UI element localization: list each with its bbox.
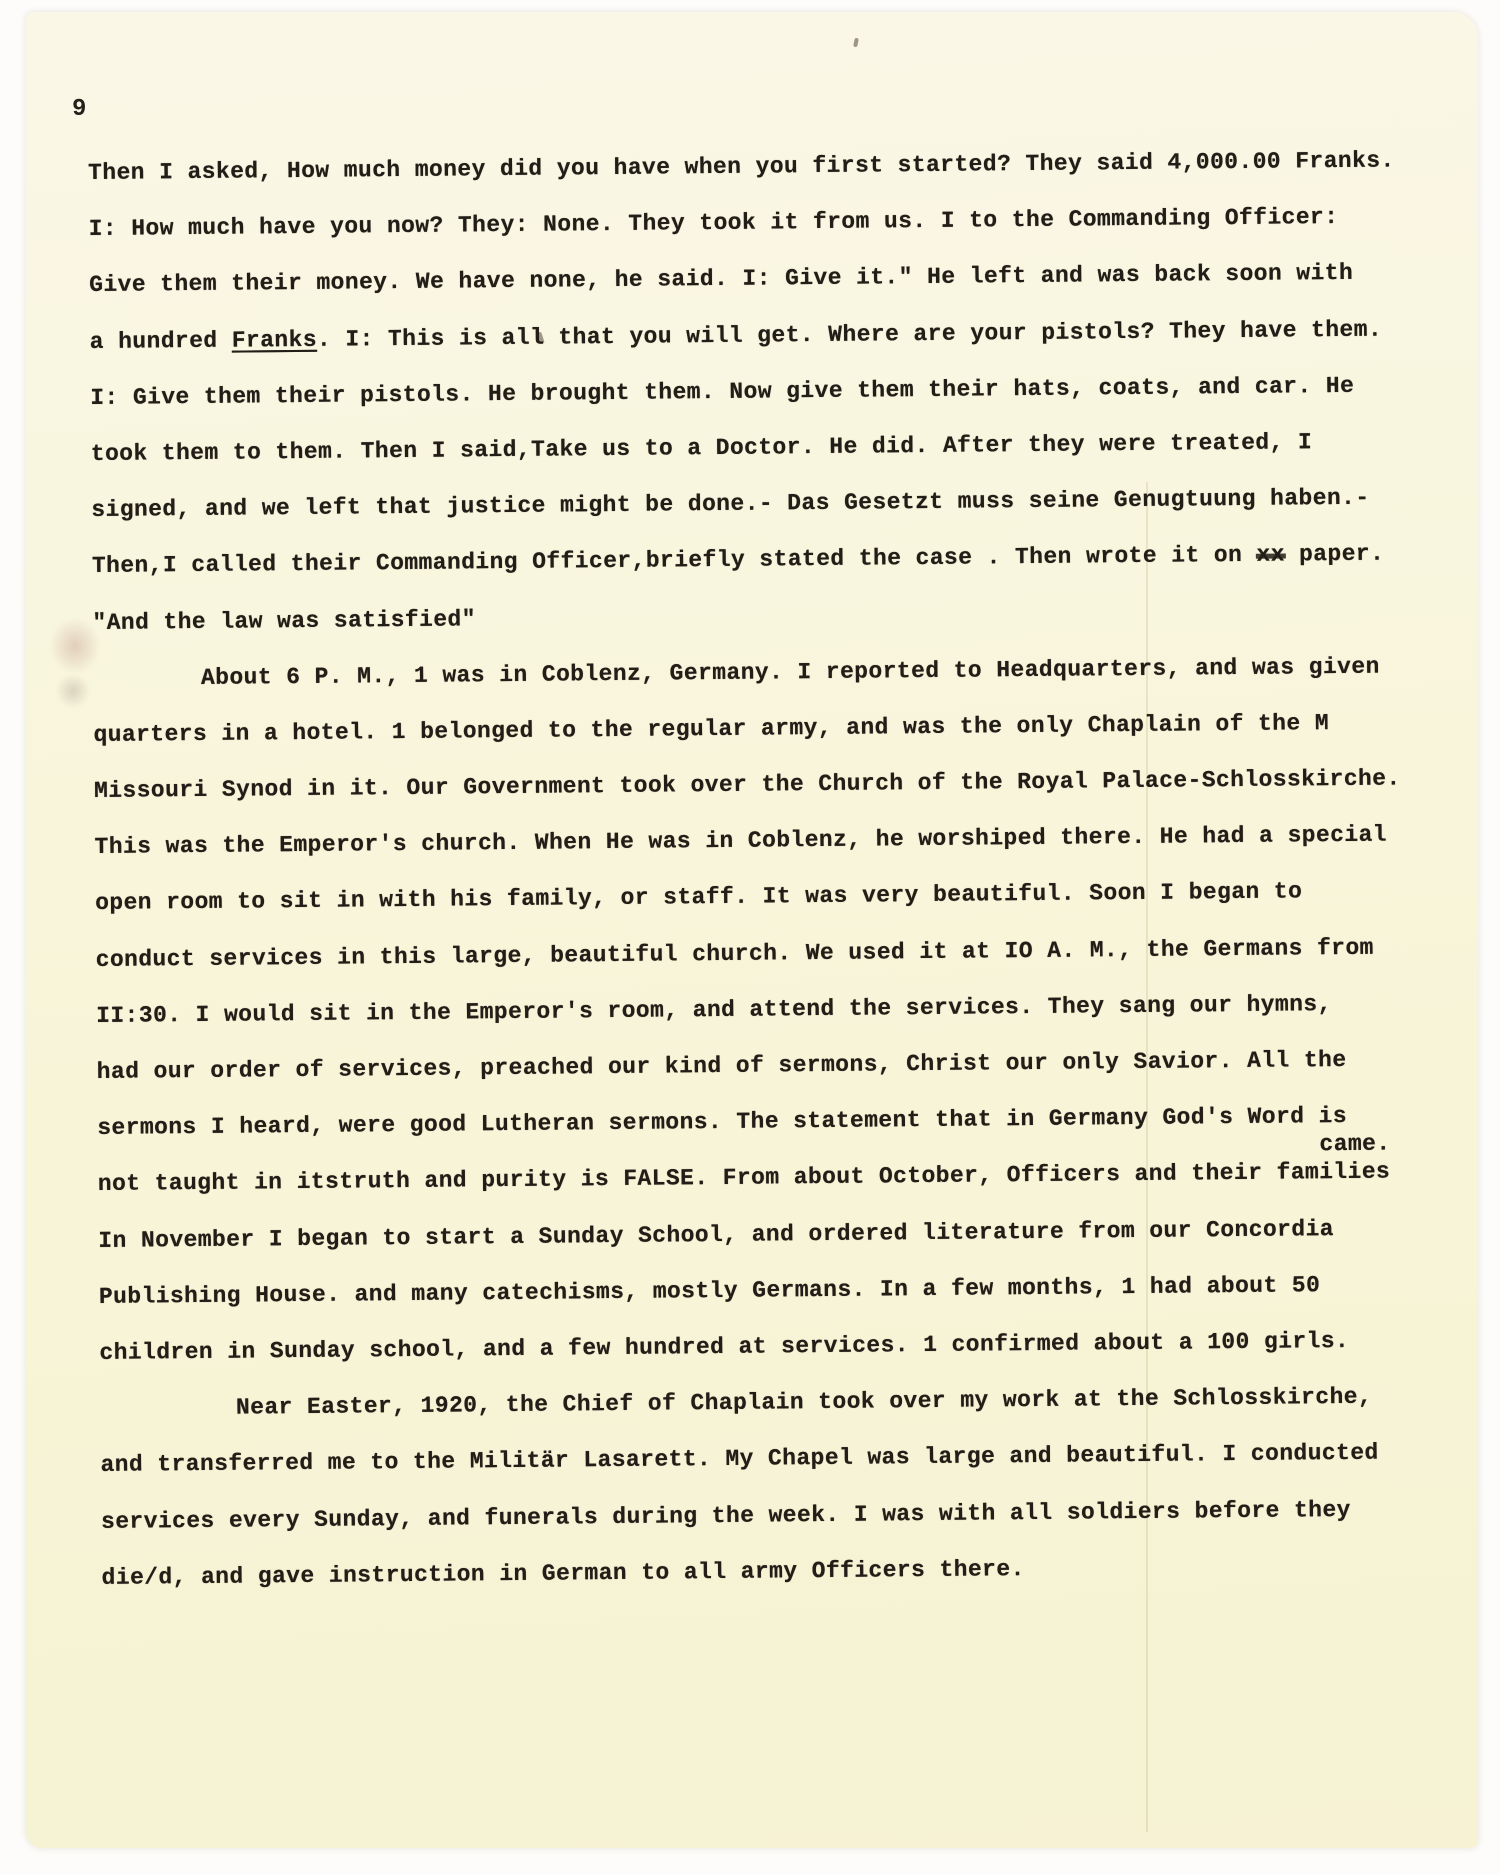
page-number: 9 [72, 96, 86, 123]
struck-out-word: xx [1256, 542, 1285, 568]
ink-smudge [56, 674, 90, 708]
typescript-page: 9 Then I asked, How much money did you h… [26, 12, 1478, 1848]
text-segment: a hundred [90, 327, 232, 354]
typescript-text: Then I asked, How much money did you hav… [88, 147, 1480, 1621]
typed-insertion: came. [1319, 1131, 1390, 1158]
text-segment: paper. [1285, 541, 1385, 568]
underlined-word: Franks [232, 326, 317, 353]
scanned-document: 9 Then I asked, How much money did you h… [0, 0, 1500, 1875]
text-line: die/d, and gave instruction in German to… [101, 1551, 1479, 1620]
ink-speck [853, 38, 859, 48]
